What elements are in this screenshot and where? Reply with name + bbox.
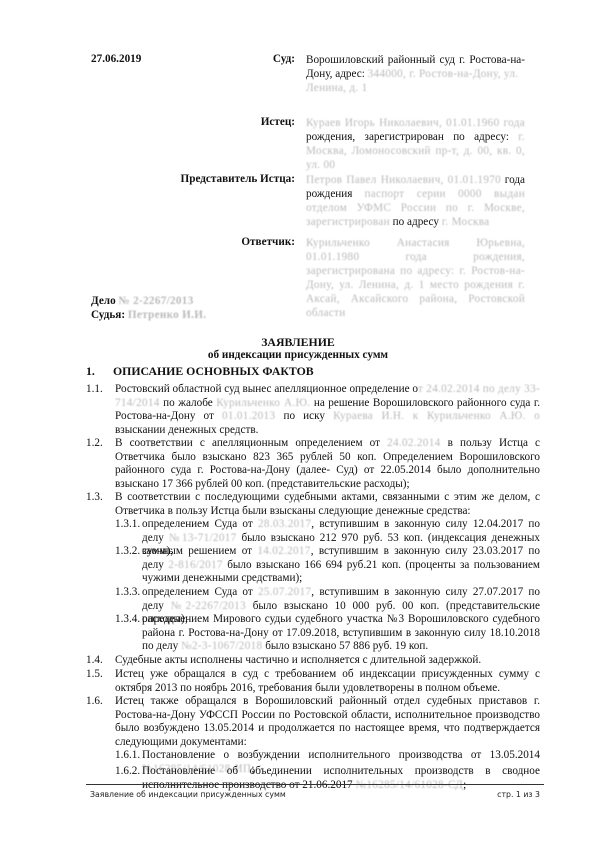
redacted-text: т 24.02.2014 по делу 33- <box>418 383 540 395</box>
party-value: Петров Павел Николаевич, 01.01.1970 года… <box>306 173 525 229</box>
list-item-1-2: 1.2. В соответствии с апелляционным опре… <box>86 437 540 491</box>
redacted-text: 714/2014 <box>115 397 160 409</box>
judge: Судья: Петренко И.И. <box>91 309 206 321</box>
list-item-1-6-2: 1.6.2. Постановление об объединении испо… <box>115 765 540 792</box>
list-item-1-1: 1.1. Ростовский областной суд вынес апел… <box>86 383 540 437</box>
judge-label: Судья: <box>91 309 125 321</box>
redacted-text: 14.02.2017 <box>257 545 310 557</box>
list-item-1-6: 1.6. Истец также обращался в Ворошиловск… <box>86 695 540 749</box>
redacted-text: 2-816/2017 <box>168 559 223 571</box>
party-value: Курильченко Анастасия Юрьевна, 01.01.198… <box>306 236 525 320</box>
redacted-text: 344000, г. Ростов-на-Дону, ул. <box>368 68 519 80</box>
item-text: В соответствии с последующими судебными … <box>115 491 540 518</box>
document-page: 27.06.2019 Суд: Ворошиловский районный с… <box>0 0 596 843</box>
redacted-text: № 2-2267/2013 <box>118 295 193 307</box>
item-number: 1.4. <box>86 654 103 668</box>
redacted-text: 28.03.2017 <box>258 518 311 530</box>
redacted-text: Аксай, Аксайского района <box>306 293 454 305</box>
redacted-text: 01.01.2013 <box>222 410 275 422</box>
redacted-text: 01.01.1980 <box>306 251 359 263</box>
party-text: место рождения г. <box>425 279 525 291</box>
footer-divider <box>86 784 544 785</box>
party-label: Ответчик: <box>80 236 295 248</box>
redacted-text: Кураева И.Н. к Курильченко А.Ю. о <box>333 410 540 422</box>
party-label: Представитель Истца: <box>80 173 295 185</box>
item-text: Истец уже обращался в суд с требованием … <box>115 668 540 695</box>
case-label: Дело <box>91 295 116 307</box>
list-item-1-4: 1.4. Судебные акты исполнены частично и … <box>86 654 540 668</box>
item-text: В соответствии с апелляционным определен… <box>115 437 540 491</box>
section-number: 1. <box>86 364 113 379</box>
case-number: Дело № 2-2267/2013 <box>91 295 194 307</box>
party-text: рождения, зарегистрирован по адресу: <box>306 131 518 143</box>
redacted-text: Ленина, д. 1 <box>306 82 367 94</box>
item-number: 1.3.4. <box>115 613 140 627</box>
redacted-text: №2-3-1067/2018 <box>181 640 262 652</box>
list-item-1-3-2: 1.3.2. заочным решением от 14.02.2017, в… <box>115 545 540 586</box>
text: Постановление о возбуждении исполнительн… <box>142 749 540 761</box>
text: определением Суда от <box>142 518 258 530</box>
redacted-text: Курильченко А.Ю. <box>216 397 310 409</box>
item-text: Судебные акты исполнены частично и испол… <box>115 654 540 668</box>
text: Постановление об объединении исполнитель… <box>142 765 540 791</box>
party-value: Кураев Игорь Николаевич, 01.01.1960 года… <box>306 116 525 172</box>
section-heading: 1.ОПИСАНИЕ ОСНОВНЫХ ФАКТОВ <box>86 364 314 379</box>
text: по иску <box>275 410 333 422</box>
party-value: Ворошиловский районный суд г. Ростова-на… <box>306 53 525 95</box>
item-text: определением Мирового судьи судебного уч… <box>142 613 540 654</box>
party-text: , <box>454 293 468 305</box>
item-number: 1.5. <box>86 668 103 682</box>
text: по жалобе <box>160 397 217 409</box>
item-number: 1.3.2. <box>115 545 140 559</box>
text: заочным решением от <box>142 545 257 557</box>
item-text: Ростовский областной суд вынес апелляцио… <box>115 383 540 437</box>
text: было взыскано 57 886 руб. 19 коп. <box>262 640 428 652</box>
item-text: заочным решением от 14.02.2017, вступивш… <box>142 545 540 586</box>
item-number: 1.3.1. <box>115 518 140 532</box>
list-item-1-5: 1.5. Истец уже обращался в суд с требова… <box>86 668 540 695</box>
party-label: Суд: <box>80 53 295 65</box>
text: взыскании денежных средств. <box>115 424 258 436</box>
party-text: по адресу <box>390 216 442 228</box>
text: Ростовский областной суд вынес апелляцио… <box>115 383 418 395</box>
item-number: 1.6.1. <box>115 749 140 763</box>
redacted-text: Кураев Игорь Николаевич, 01.01.1960 года <box>306 117 525 129</box>
page-number: стр. 1 из 3 <box>497 790 540 799</box>
list-item-1-3: 1.3. В соответствии с последующими судеб… <box>86 491 540 518</box>
document-subtitle: об индексации присужденных сумм <box>0 349 596 361</box>
item-number: 1.1. <box>86 383 103 397</box>
item-text: Истец также обращался в Ворошиловский ра… <box>115 695 540 749</box>
text: определением Суда от <box>142 586 258 598</box>
item-number: 1.2. <box>86 437 103 451</box>
redacted-text: №13-71/2017 <box>169 532 237 544</box>
redacted-text: г. Москва <box>442 216 490 228</box>
party-label: Истец: <box>80 116 295 128</box>
document-title: ЗАЯВЛЕНИЕ <box>0 335 596 350</box>
redacted-text: Петренко И.И. <box>128 309 207 321</box>
item-number: 1.6.2. <box>115 765 140 779</box>
item-text: Постановление об объединении исполнитель… <box>142 765 540 792</box>
party-text: Курильченко Анастасия Юрьевна, <box>306 237 525 249</box>
text: В соответствии с апелляционным определен… <box>115 437 387 449</box>
item-number: 1.6. <box>86 695 103 709</box>
item-number: 1.3.3. <box>115 586 140 600</box>
list-item-1-3-4: 1.3.4. определением Мирового судьи судеб… <box>115 613 540 654</box>
redacted-text: 25.07.2017 <box>258 586 311 598</box>
redacted-text: 24.02.2014 <box>387 437 440 449</box>
section-title: ОПИСАНИЕ ОСНОВНЫХ ФАКТОВ <box>113 364 314 378</box>
redacted-text: №2-2267/2013 <box>171 600 246 612</box>
item-number: 1.3. <box>86 491 103 505</box>
redacted-text: паспорт серии 0000 выдан <box>364 188 525 200</box>
redacted-text: Петров Павел Николаевич, 01.01.1970 <box>306 174 501 186</box>
footer-title: Заявление об индексации присужденных сум… <box>90 790 286 799</box>
